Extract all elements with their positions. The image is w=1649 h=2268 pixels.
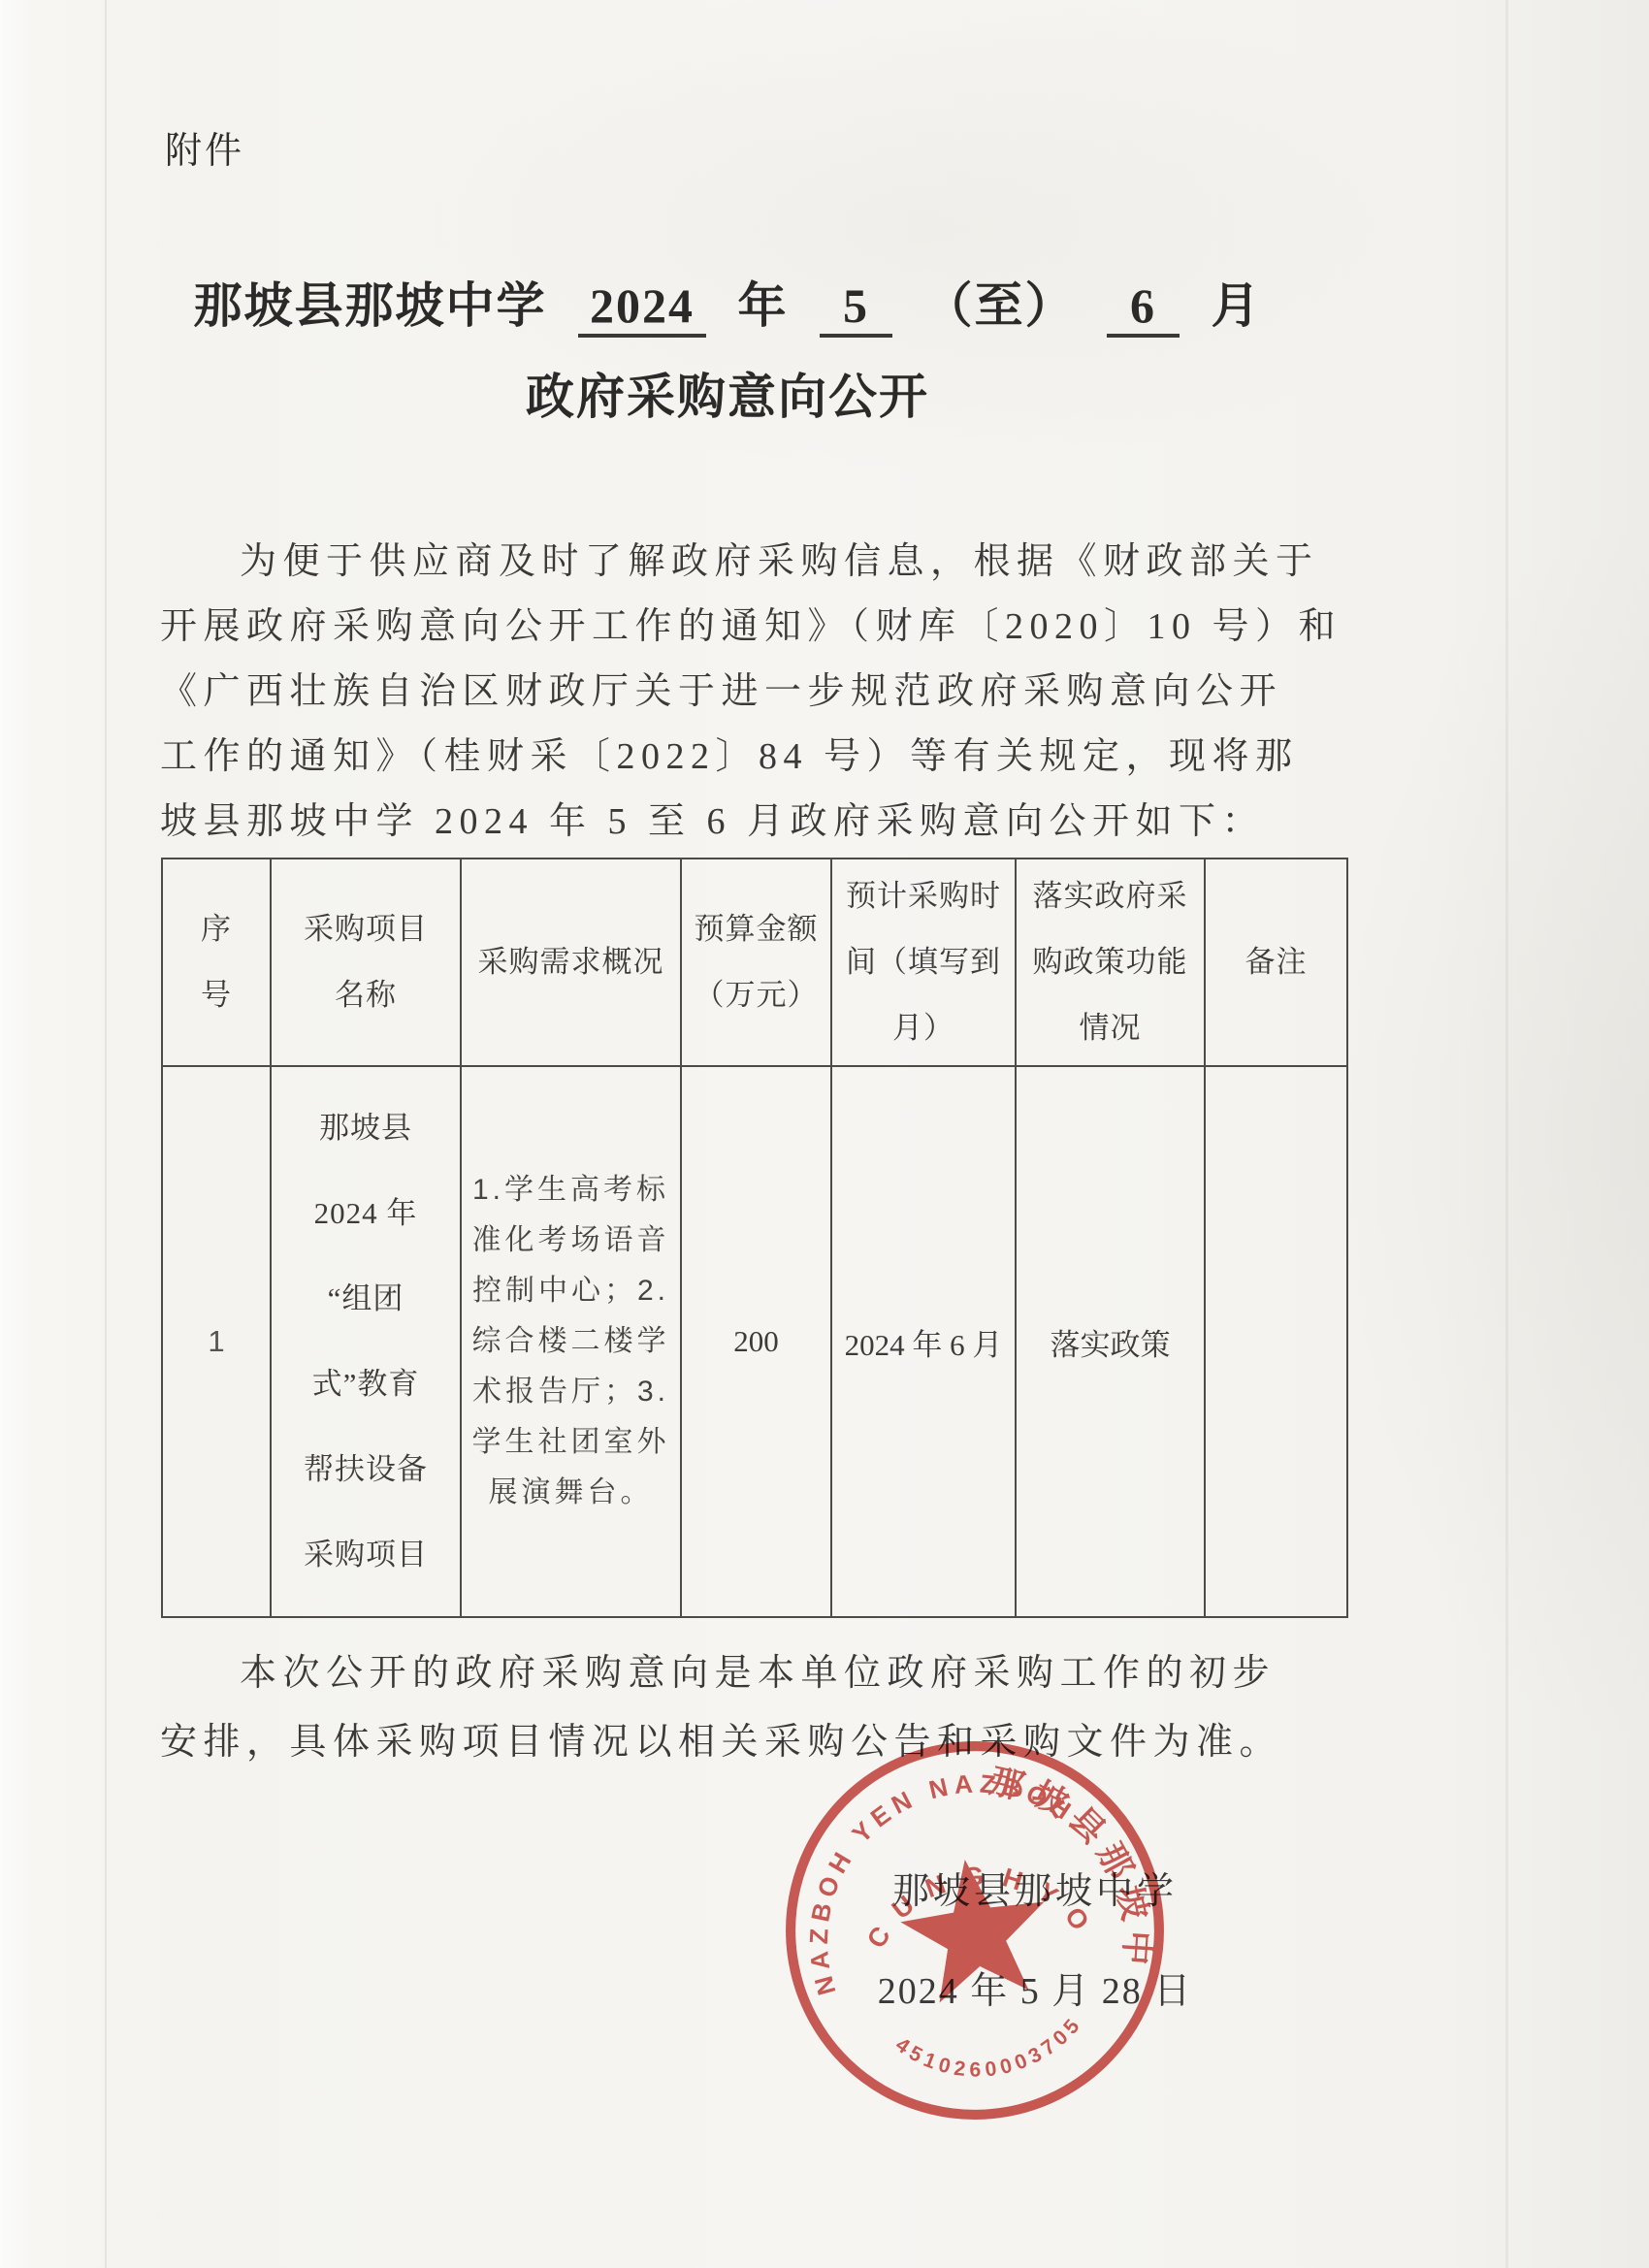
table-row: 1 那坡县 2024 年 “组团 式”教育 帮扶设备 采购项目 1.学生高考标 … xyxy=(162,1066,1347,1617)
col-remarks: 备注 xyxy=(1205,859,1347,1066)
cell-policy-implementation: 落实政策 xyxy=(1016,1066,1205,1617)
closing-paragraph: 本次公开的政府采购意向是本单位政府采购工作的初步 安排，具体采购项目情况以相关采… xyxy=(160,1639,1382,1777)
seal-graphic: NAZBOH YEN NAZBOH 那坡县那坡中学 CUNGHYOZ 45102… xyxy=(754,1709,1196,2152)
official-seal-stamp: NAZBOH YEN NAZBOH 那坡县那坡中学 CUNGHYOZ 45102… xyxy=(754,1709,1196,2152)
title-school-name: 那坡县那坡中学 xyxy=(194,278,547,333)
col-serial-number: 序 号 xyxy=(162,859,271,1066)
seal-code: 4510260003705 xyxy=(889,2008,1093,2093)
title-month-unit: 月 xyxy=(1212,278,1262,333)
intro-paragraph: 为便于供应商及时了解政府采购信息，根据《财政部关于 开展政府采购意向公开工作的通… xyxy=(160,530,1373,855)
cell-project-name: 那坡县 2024 年 “组团 式”教育 帮扶设备 采购项目 xyxy=(271,1066,461,1617)
title-to-label: （至） xyxy=(924,278,1076,333)
col-budget-amount: 预算金额 （万元） xyxy=(681,859,831,1066)
intro-line: 为便于供应商及时了解政府采购信息，根据《财政部关于 xyxy=(160,530,1373,595)
title-year-blank: 2024 xyxy=(578,277,706,338)
attachment-label: 附件 xyxy=(165,120,244,174)
cell-budget-amount: 200 xyxy=(681,1066,831,1617)
col-policy-implementation: 落实政府采 购政策功能 情况 xyxy=(1016,859,1205,1066)
intro-line: 坡县那坡中学 2024 年 5 至 6 月政府采购意向公开如下： xyxy=(160,790,1373,855)
table-header-row: 序 号 采购项目 名称 采购需求概况 预算金额 （万元） 预计采购时 间（填写到… xyxy=(162,859,1347,1066)
scanned-document-page: 附件 那坡县那坡中学 2024 年 5 （至） 6 月 政府采购意向公开 为便于… xyxy=(0,0,1649,2268)
col-requirement-summary: 采购需求概况 xyxy=(461,859,681,1066)
intro-line: 《广西壮族自治区财政厅关于进一步规范政府采购意向公开 xyxy=(160,660,1373,725)
cell-expected-time: 2024 年 6 月 xyxy=(831,1066,1016,1617)
col-expected-time: 预计采购时 间（填写到 月） xyxy=(831,859,1016,1066)
title-start-month-blank: 5 xyxy=(820,277,892,338)
svg-text:4510260003705: 4510260003705 xyxy=(889,2008,1093,2093)
title-year-unit: 年 xyxy=(738,278,789,333)
title-end-month-blank: 6 xyxy=(1107,277,1180,338)
cell-serial-number: 1 xyxy=(162,1066,271,1617)
cell-requirement-summary: 1.学生高考标 准化考场语音 控制中心；2. 综合楼二楼学 术报告厅；3. 学生… xyxy=(461,1066,681,1617)
page-title-line1: 那坡县那坡中学 2024 年 5 （至） 6 月 xyxy=(136,260,1319,351)
scan-crease xyxy=(1505,0,1508,2268)
procurement-intent-table: 序 号 采购项目 名称 采购需求概况 预算金额 （万元） 预计采购时 间（填写到… xyxy=(161,858,1348,1618)
intro-line: 工作的通知》（桂财采〔2022〕84 号）等有关规定，现将那 xyxy=(160,725,1373,790)
col-project-name: 采购项目 名称 xyxy=(271,859,461,1066)
closing-line: 本次公开的政府采购意向是本单位政府采购工作的初步 xyxy=(160,1639,1382,1708)
intro-line: 开展政府采购意向公开工作的通知》（财库〔2020〕10 号）和 xyxy=(160,595,1373,660)
page-title: 那坡县那坡中学 2024 年 5 （至） 6 月 政府采购意向公开 xyxy=(136,260,1319,442)
scan-crease xyxy=(105,0,107,2268)
page-title-line2: 政府采购意向公开 xyxy=(136,351,1319,442)
cell-remarks xyxy=(1205,1066,1347,1617)
